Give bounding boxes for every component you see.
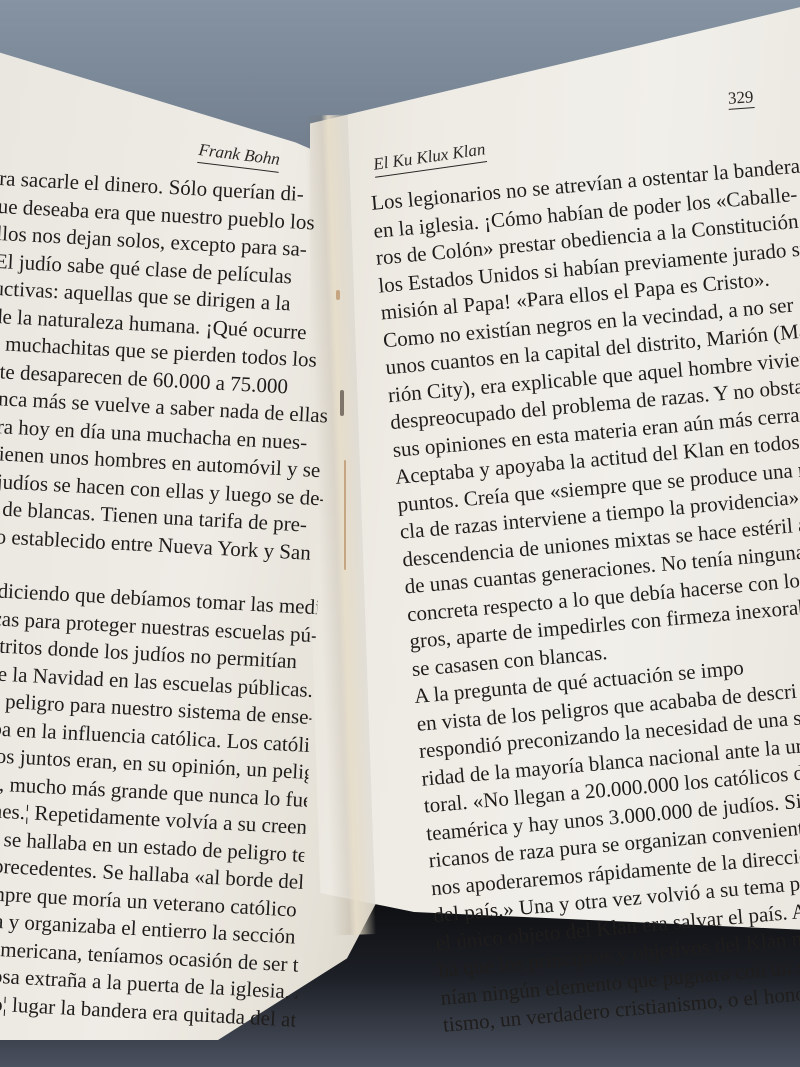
gutter-stain: [336, 290, 340, 300]
gutter-stain: [340, 390, 344, 416]
right-page-text: Los legionarios no se atrevían a ostenta…: [370, 151, 800, 1039]
gutter-stain: [344, 460, 346, 570]
left-page-text: ra sacarle el dinero. Sólo querían di- u…: [0, 165, 340, 1034]
page-number: 329: [727, 87, 754, 110]
